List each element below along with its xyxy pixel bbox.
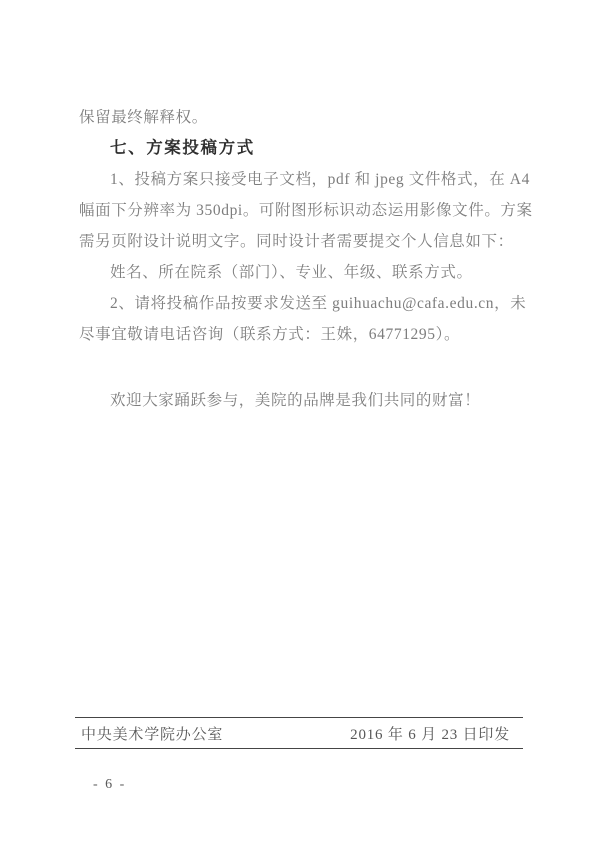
- paragraph-3-line-1: 2、请将投稿作品按要求发送至 guihuachu@cafa.edu.cn，未: [79, 288, 539, 319]
- section-heading: 七、方案投稿方式: [79, 133, 539, 164]
- paragraph-3-line-2: 尽事宜敬请电话咨询（联系方式：王姝，64771295）。: [79, 319, 539, 350]
- paragraph-1-line-3: 需另页附设计说明文字。同时设计者需要提交个人信息如下：: [79, 226, 539, 257]
- document-page: 保留最终解释权。 七、方案投稿方式 1、投稿方案只接受电子文档，pdf 和 jp…: [0, 0, 600, 848]
- paragraph-1-line-1: 1、投稿方案只接受电子文档，pdf 和 jpeg 文件格式，在 A4: [79, 164, 539, 195]
- footer-issuer: 中央美术学院办公室: [81, 723, 223, 744]
- paragraph-1-line-2: 幅面下分辨率为 350dpi。可附图形标识动态运用影像文件。方案: [79, 195, 539, 226]
- closing-line: 欢迎大家踊跃参与，美院的品牌是我们共同的财富！: [79, 385, 539, 416]
- page-number: - 6 -: [93, 777, 126, 793]
- carryover-line: 保留最终解释权。: [79, 102, 539, 133]
- paragraph-2-line-1: 姓名、所在院系（部门）、专业、年级、联系方式。: [79, 257, 539, 288]
- footer-band: 中央美术学院办公室 2016 年 6 月 23 日印发: [75, 717, 523, 749]
- footer-print-date: 2016 年 6 月 23 日印发: [350, 723, 510, 744]
- document-body: 保留最终解释权。 七、方案投稿方式 1、投稿方案只接受电子文档，pdf 和 jp…: [79, 102, 539, 416]
